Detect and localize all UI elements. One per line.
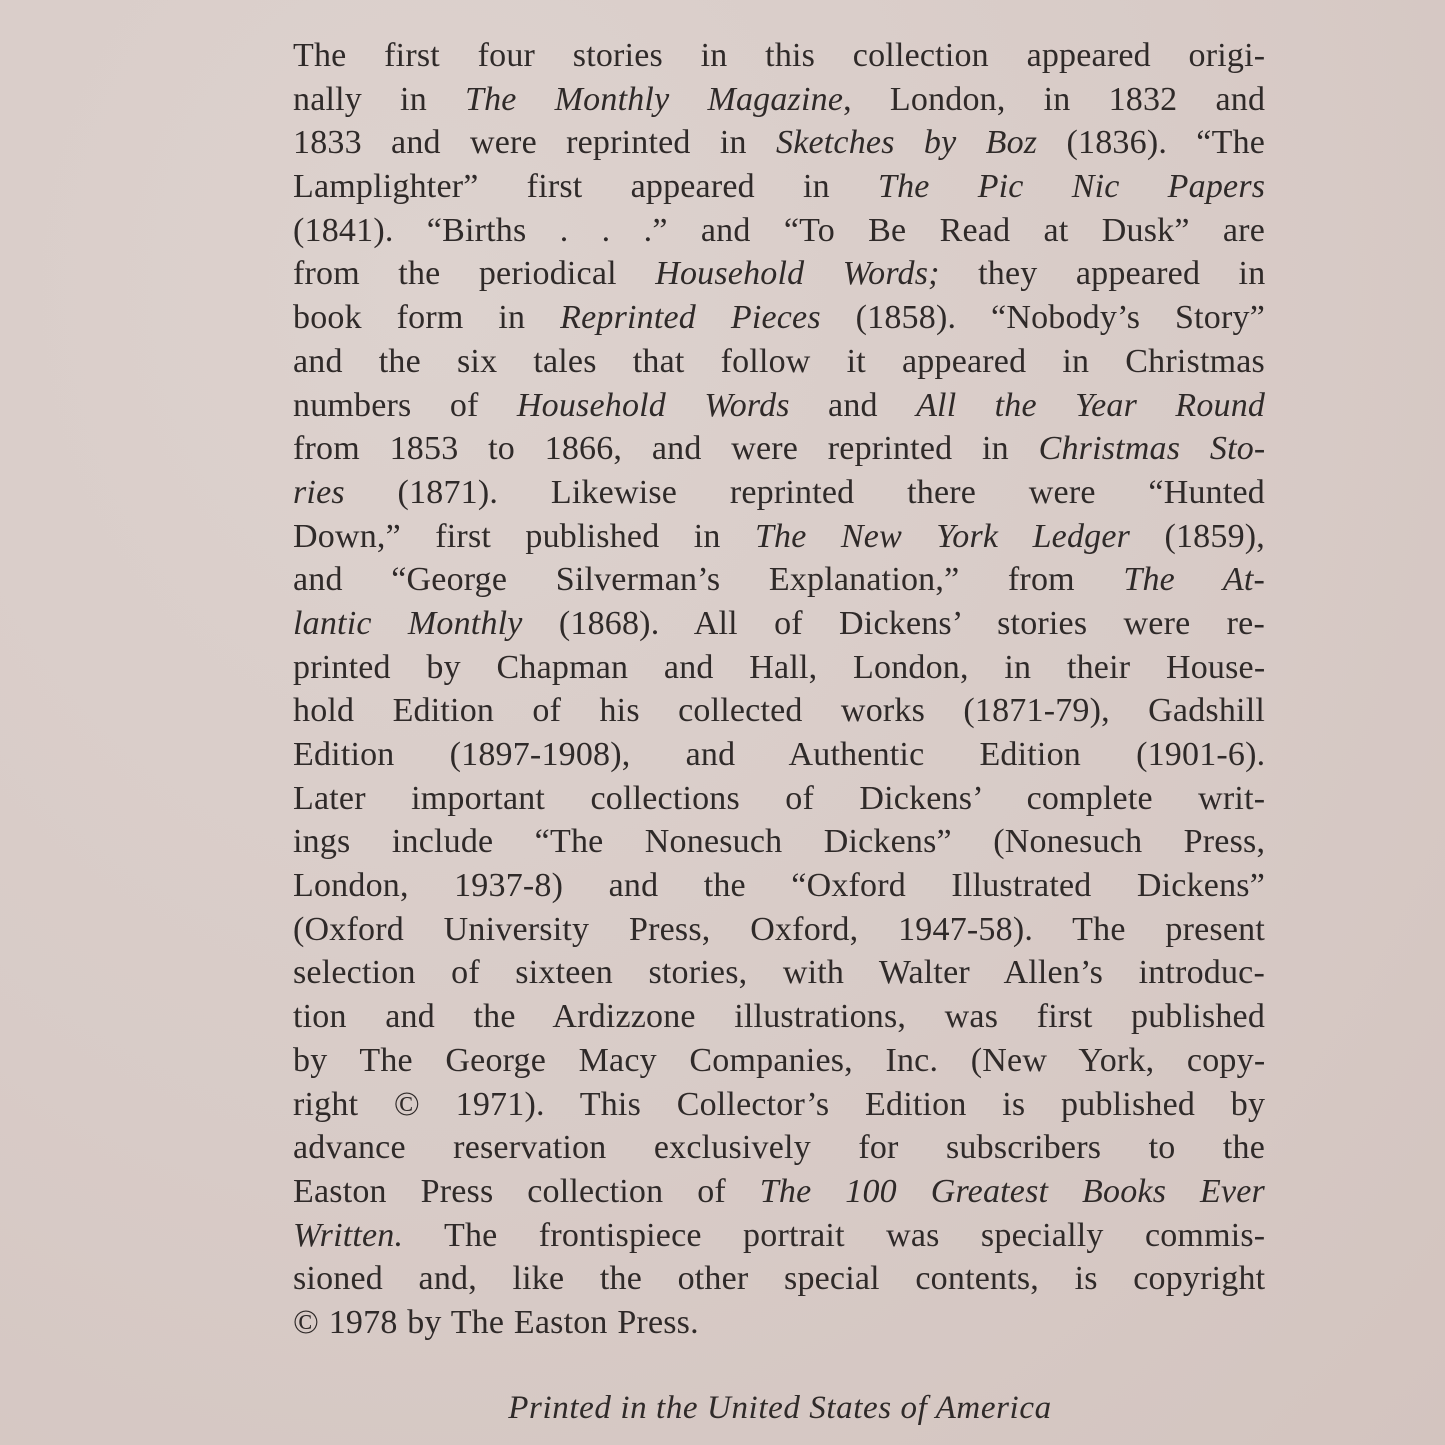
paragraph-line: sioned and, like the other special conte…	[293, 1257, 1265, 1301]
body-text: (1841). “Births . . .” and “To Be Read a…	[293, 212, 1265, 249]
body-text: from 1853 to 1866, and were reprinted in	[293, 430, 1039, 467]
body-text: Down,” first published in	[293, 518, 755, 555]
body-text: The first four stories in this collectio…	[293, 37, 1265, 74]
italic-title-text: Sketches by Boz	[776, 124, 1037, 161]
body-text: (1858). “Nobody’s Story”	[821, 299, 1265, 336]
body-text: and “George Silverman’s Explanation,” fr…	[293, 561, 1123, 598]
italic-title-text: The Pic Nic Papers	[878, 168, 1265, 205]
body-text: 1833 and were reprinted in	[293, 124, 776, 161]
paragraph-line: from the periodical Household Words; the…	[293, 252, 1265, 296]
paragraph-line: by The George Macy Companies, Inc. (New …	[293, 1039, 1265, 1083]
body-text: Easton Press collection of	[293, 1173, 760, 1210]
paragraph-line: from 1853 to 1866, and were reprinted in…	[293, 427, 1265, 471]
paragraph-line: numbers of Household Words and All the Y…	[293, 384, 1265, 428]
italic-title-text: The 100 Greatest Books Ever	[760, 1173, 1265, 1210]
paragraph-line: Down,” first published in The New York L…	[293, 515, 1265, 559]
paragraph-line: nally in The Monthly Magazine, London, i…	[293, 78, 1265, 122]
body-text: from the periodical	[293, 255, 655, 292]
body-text: sioned and, like the other special conte…	[293, 1260, 1265, 1297]
body-text: (1868). All of Dickens’ stories were re-	[523, 605, 1265, 642]
italic-title-text: Written.	[293, 1217, 403, 1254]
publication-history-paragraph: The first four stories in this collectio…	[293, 34, 1265, 1345]
italic-title-text: Household Words	[517, 387, 790, 424]
body-text: by The George Macy Companies, Inc. (New …	[293, 1042, 1265, 1079]
paragraph-line: printed by Chapman and Hall, London, in …	[293, 646, 1265, 690]
printed-in-notice: Printed in the United States of America	[0, 1390, 1445, 1427]
body-text: (Oxford University Press, Oxford, 1947-5…	[293, 911, 1265, 948]
body-text: nally in	[293, 81, 465, 118]
paragraph-line: ings include “The Nonesuch Dickens” (Non…	[293, 820, 1265, 864]
body-text: , London, in 1832 and	[843, 81, 1265, 118]
italic-title-text: The Monthly Magazine	[465, 81, 843, 118]
paragraph-line: advance reservation exclusively for subs…	[293, 1126, 1265, 1170]
body-text: (1859),	[1130, 518, 1265, 555]
body-text: right © 1971). This Collector’s Edition …	[293, 1086, 1265, 1123]
body-text: they appeared in	[940, 255, 1266, 292]
body-text: selection of sixteen stories, with Walte…	[293, 954, 1265, 991]
paragraph-line: lantic Monthly (1868). All of Dickens’ s…	[293, 602, 1265, 646]
body-text: tion and the Ardizzone illustrations, wa…	[293, 998, 1265, 1035]
body-text: © 1978 by The Easton Press.	[293, 1304, 699, 1341]
body-text: numbers of	[293, 387, 517, 424]
paragraph-line: and the six tales that follow it appeare…	[293, 340, 1265, 384]
book-copyright-page: The first four stories in this collectio…	[0, 0, 1445, 1445]
paragraph-line: right © 1971). This Collector’s Edition …	[293, 1083, 1265, 1127]
paragraph-line: selection of sixteen stories, with Walte…	[293, 951, 1265, 995]
paragraph-line: (1841). “Births . . .” and “To Be Read a…	[293, 209, 1265, 253]
paragraph-line: The first four stories in this collectio…	[293, 34, 1265, 78]
italic-title-text: All the Year Round	[916, 387, 1265, 424]
body-text: Lamplighter” first appeared in	[293, 168, 878, 205]
paragraph-line: and “George Silverman’s Explanation,” fr…	[293, 558, 1265, 602]
paragraph-line: tion and the Ardizzone illustrations, wa…	[293, 995, 1265, 1039]
body-text: London, 1937-8) and the “Oxford Illustra…	[293, 867, 1265, 904]
paragraph-line: Edition (1897-1908), and Authentic Editi…	[293, 733, 1265, 777]
paragraph-line: Written. The frontispiece portrait was s…	[293, 1214, 1265, 1258]
italic-title-text: Christmas Sto-	[1039, 430, 1266, 467]
paragraph-line: Lamplighter” first appeared in The Pic N…	[293, 165, 1265, 209]
body-text: and the six tales that follow it appeare…	[293, 343, 1265, 380]
italic-title-text: The New York Ledger	[755, 518, 1130, 555]
paragraph-line: 1833 and were reprinted in Sketches by B…	[293, 121, 1265, 165]
body-text: (1871). Likewise reprinted there were “H…	[345, 474, 1265, 511]
paragraph-line: London, 1937-8) and the “Oxford Illustra…	[293, 864, 1265, 908]
body-text: printed by Chapman and Hall, London, in …	[293, 649, 1265, 686]
body-text: advance reservation exclusively for subs…	[293, 1129, 1265, 1166]
paragraph-line: Later important collections of Dickens’ …	[293, 777, 1265, 821]
body-text: Edition (1897-1908), and Authentic Editi…	[293, 736, 1265, 773]
italic-title-text: Household Words;	[655, 255, 939, 292]
body-text: Later important collections of Dickens’ …	[293, 780, 1265, 817]
paragraph-line: (Oxford University Press, Oxford, 1947-5…	[293, 908, 1265, 952]
body-text: ings include “The Nonesuch Dickens” (Non…	[293, 823, 1265, 860]
body-text: (1836). “The	[1037, 124, 1265, 161]
paragraph-line: hold Edition of his collected works (187…	[293, 689, 1265, 733]
body-text: The frontispiece portrait was specially …	[403, 1217, 1265, 1254]
paragraph-line: © 1978 by The Easton Press.	[293, 1301, 1265, 1345]
body-text: book form in	[293, 299, 560, 336]
body-text: hold Edition of his collected works (187…	[293, 692, 1265, 729]
italic-title-text: ries	[293, 474, 345, 511]
paragraph-line: book form in Reprinted Pieces (1858). “N…	[293, 296, 1265, 340]
paragraph-line: ries (1871). Likewise reprinted there we…	[293, 471, 1265, 515]
italic-title-text: The At-	[1123, 561, 1265, 598]
paragraph-line: Easton Press collection of The 100 Great…	[293, 1170, 1265, 1214]
italic-title-text: Reprinted Pieces	[560, 299, 821, 336]
italic-title-text: lantic Monthly	[293, 605, 523, 642]
body-text: and	[790, 387, 916, 424]
